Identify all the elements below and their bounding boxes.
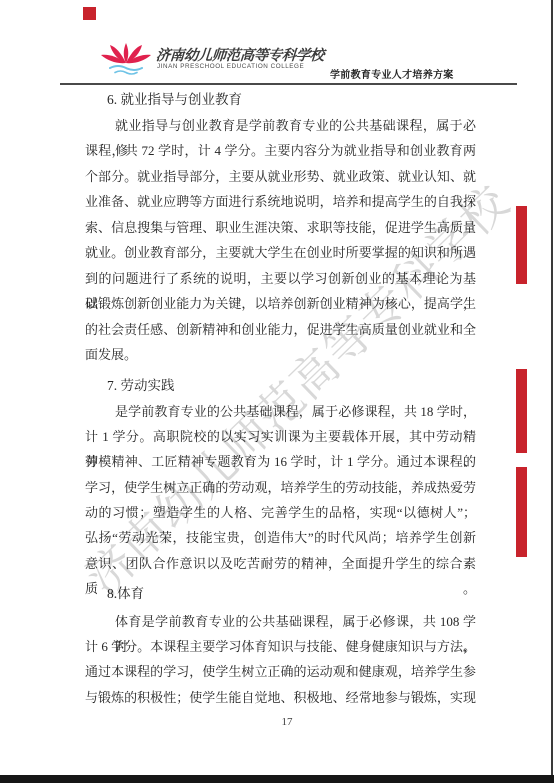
text-line: 面发展。 (85, 342, 476, 367)
red-highlight-bar (516, 369, 527, 453)
text-line: 索、信息搜集与管理、职业生涯决策、求职等技能，促进学生高质量 (85, 215, 476, 240)
school-name-chinese: 济南幼儿师范高等专科学校 (155, 44, 306, 61)
header-rule (60, 83, 517, 85)
red-corner-mark (83, 7, 96, 20)
text-line: 学习，使学生树立正确的劳动观，培养学生的劳动技能，养成热爱劳 (85, 475, 476, 500)
text-line: 就业指导与创业教育是学前教育专业的公共基础课程，属于必修 (85, 113, 476, 138)
school-logo (100, 43, 152, 80)
text-line: 意识、团队合作意识以及吃苦耐劳的精神，全面提升学生的综合素质。 (85, 551, 476, 576)
text-line: 与锻炼的积极性；使学生能自觉地、积极地、经常地参与锻炼，实现 (85, 685, 476, 710)
document-title: 学前教育专业人才培养方案 (330, 66, 448, 80)
text-line: 业准备、就业应聘等方面进行系统地说明，培养和提高学生的自我探 (85, 189, 476, 214)
text-line: 劳模精神、工匠精神专题教育为 16 学时，计 1 学分。通过本课程的 (85, 449, 476, 474)
school-name-english: JINAN PRESCHOOL EDUCATION COLLEGE (157, 63, 307, 71)
text-line: 6. 就业指导与创业教育 (107, 87, 498, 112)
text-line: 通过本课程的学习，使学生树立正确的运动观和健康观，培养学生参 (85, 659, 476, 684)
text-line: 以锻炼创新创业能力为关键，以培养创新创业精神为核心，提高学生 (85, 291, 476, 316)
text-line: 计 1 学分。高职院校的以实习实训课为主要载体开展，其中劳动精神、 (85, 424, 476, 449)
text-line: 课程，共 72 学时，计 4 学分。主要内容分为就业指导和创业教育两 (85, 138, 476, 163)
text-line: 动的习惯；塑造学生的人格、完善学生的品格，实现“以德树人”； (85, 500, 476, 525)
lotus-flower-icon (100, 43, 152, 75)
text-line: 体育是学前教育专业的公共基础课程，属于必修课，共 108 学时， (85, 609, 476, 634)
text-line: 就业。创业教育部分，主要就大学生在创业时所要掌握的知识和所遇 (85, 240, 476, 265)
text-line: 7. 劳动实践 (107, 373, 498, 398)
text-line: 是学前教育专业的公共基础课程，属于必修课程，共 18 学时， (85, 399, 476, 424)
page-bottom-edge-bar (0, 775, 554, 783)
text-line: 计 6 学分。本课程主要学习体育知识与技能、健身健康知识与方法。 (85, 634, 476, 659)
text-line: 个部分。就业指导部分，主要从就业形势、就业政策、就业认知、就 (85, 164, 476, 189)
document-page: 济南幼儿师范高等专科学校 JINAN PRESCHOOL EDUCATION C… (0, 0, 554, 783)
red-highlight-bar (516, 467, 527, 557)
text-line: 8.体育 (107, 581, 498, 606)
text-line: 的社会责任感、创新精神和创业能力，促进学生高质量创业就业和全 (85, 317, 476, 342)
red-highlight-bar (516, 206, 527, 284)
page-right-edge-line (551, 0, 553, 783)
page-number: 17 (262, 714, 312, 730)
text-line: 弘扬“劳动光荣，技能宝贵，创造伟大”的时代风尚；培养学生创新 (85, 525, 476, 550)
text-line: 到的问题进行了系统的说明，主要以学习创新创业的基本理论为基础， (85, 266, 476, 291)
